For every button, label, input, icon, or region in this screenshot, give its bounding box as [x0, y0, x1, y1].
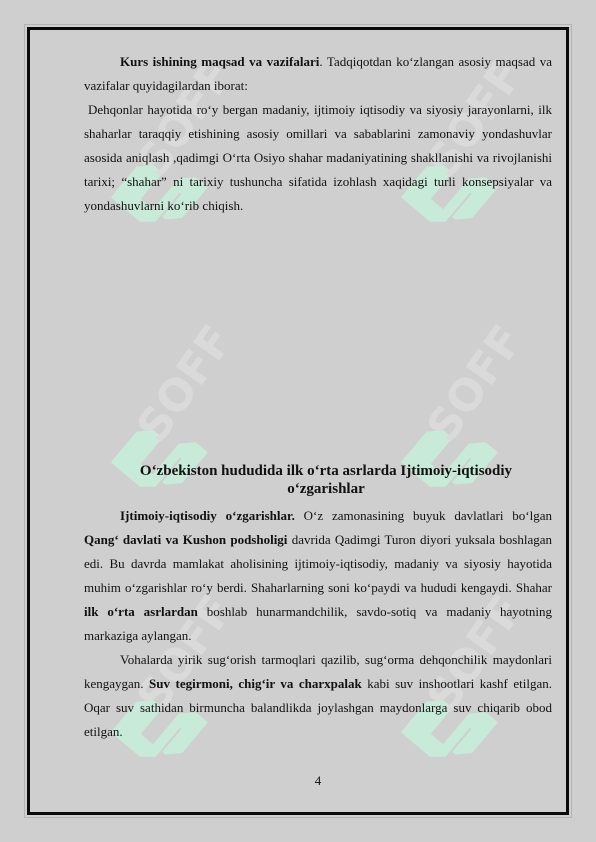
page-number: 4	[0, 773, 596, 789]
section2-paragraph-1: Ijtimoiy-iqtisodiy o‘zgarishlar. O‘z zam…	[84, 504, 552, 648]
section-heading: O‘zbekiston hududida ilk o‘rta asrlarda …	[84, 462, 552, 498]
section1-paragraph-1: Kurs ishining maqsad va vazifalari. Tadq…	[84, 50, 552, 98]
section1-lead-bold: Kurs ishining maqsad va vazifalari	[120, 54, 319, 69]
section1-paragraph-2: Dehqonlar hayotida ro‘y bergan madaniy, …	[84, 98, 552, 218]
blank-space	[84, 218, 552, 462]
document-body: Kurs ishining maqsad va vazifalari. Tadq…	[84, 50, 552, 744]
section2-paragraph-2: Vohalarda yirik sug‘orish tarmoqlari qaz…	[84, 648, 552, 744]
